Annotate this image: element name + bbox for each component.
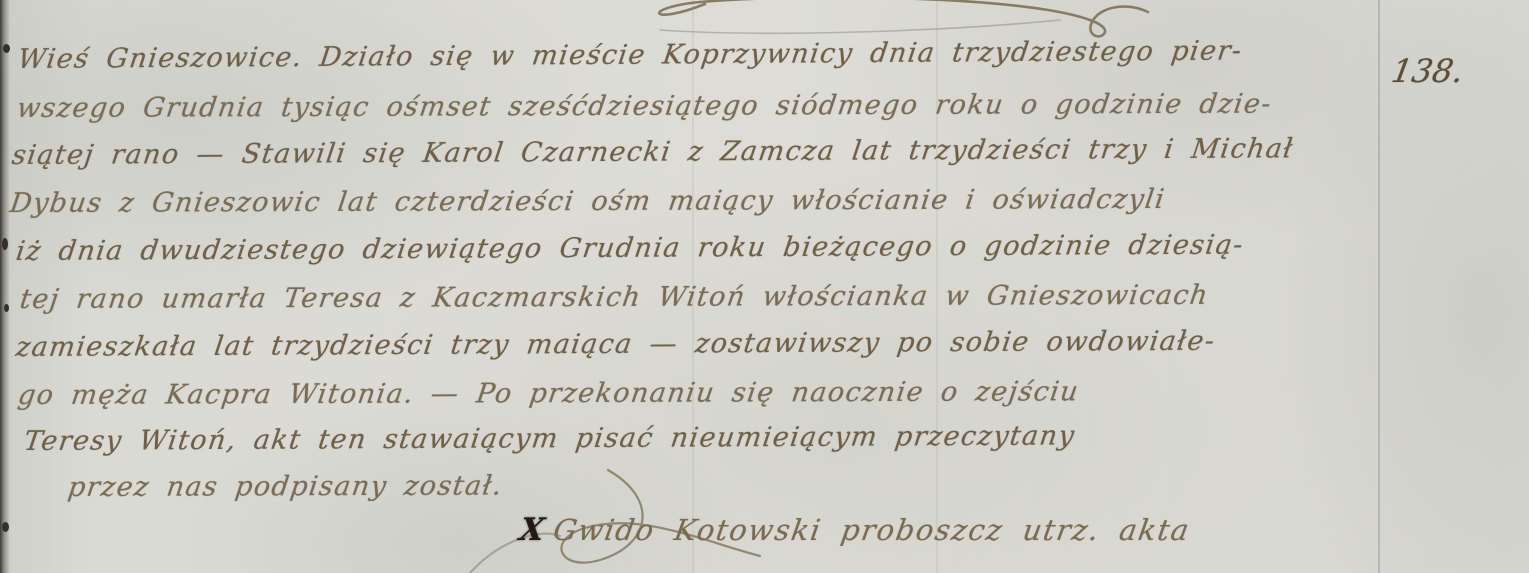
record-number: 138. <box>1389 52 1467 90</box>
priest-signature: XGwido Kotowski proboszcz utrz. akta <box>517 512 1193 548</box>
ink-speck <box>4 304 9 312</box>
handwriting-line-1: Wieś Gnieszowice. Działo się w mieście K… <box>16 35 1244 75</box>
handwriting-line-6: tej rano umarła Teresa z Kaczmarskich Wi… <box>18 280 1211 315</box>
handwriting-line-3: siątej rano — Stawili się Karol Czarneck… <box>10 133 1296 171</box>
handwriting-line-4: Dybus z Gnieszowic lat czterdzieści ośm … <box>8 184 1167 219</box>
handwriting-line-8: go męża Kacpra Witonia. — Po przekonaniu… <box>16 376 1081 411</box>
handwriting-line-9: Teresy Witoń, akt ten stawaiącym pisać n… <box>22 421 1077 457</box>
signature-cross-mark: X <box>517 512 548 548</box>
signature-text: Gwido Kotowski proboszcz utrz. akta <box>551 513 1193 547</box>
scan-edge-shadow <box>0 0 10 573</box>
scanned-document-page: 138. Wieś Gnieszowice. Działo się w mieś… <box>0 0 1529 573</box>
ink-speck <box>3 44 10 53</box>
handwriting-line-7: zamieszkała lat trzydzieści trzy maiąca … <box>14 326 1217 363</box>
ink-speck <box>2 522 9 532</box>
ink-speck <box>2 238 8 250</box>
margin-rule-line <box>1378 0 1380 573</box>
handwriting-line-5: iż dnia dwudziestego dziewiątego Grudnia… <box>14 230 1246 267</box>
handwriting-line-10: przez nas podpisany został. <box>66 470 505 503</box>
handwriting-line-2: wszego Grudnia tysiąc ośmset sześćdziesi… <box>15 89 1274 124</box>
